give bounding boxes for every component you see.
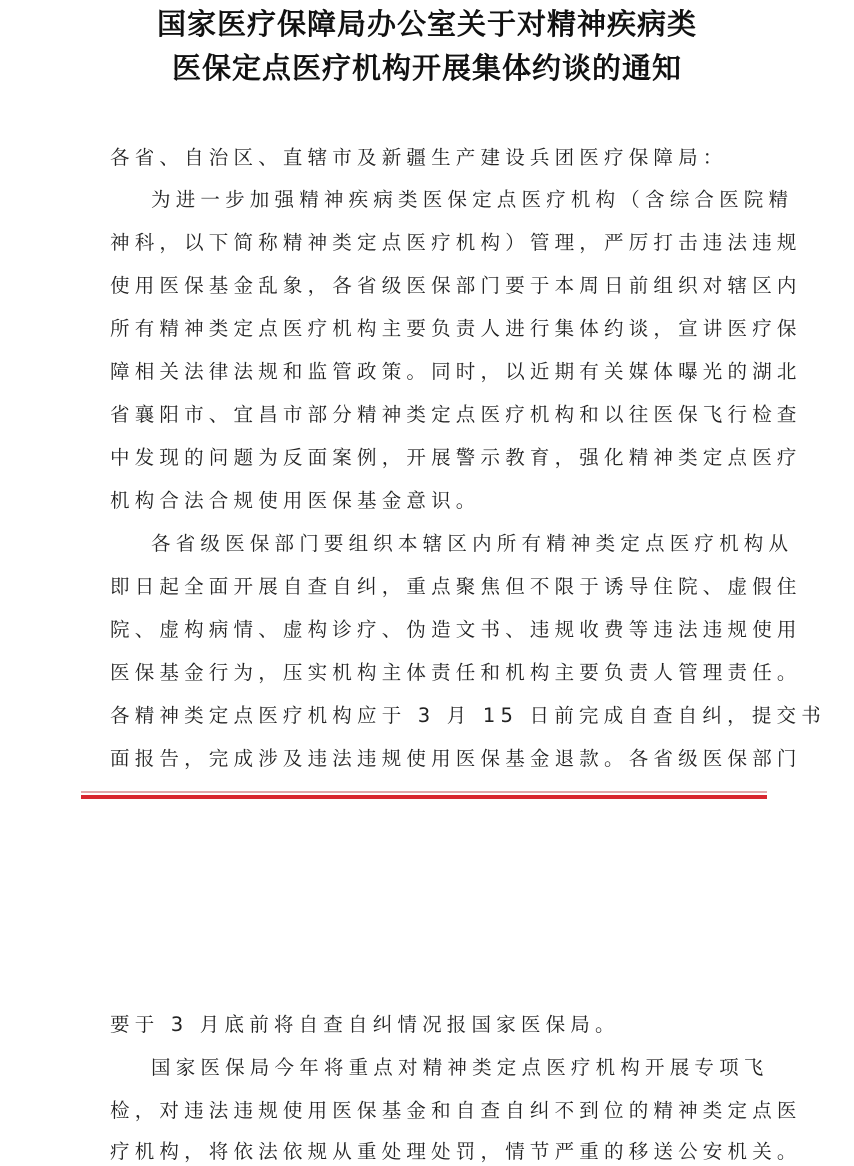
red-divider-thin	[81, 791, 767, 793]
paragraph-2-line: 面报告，完成涉及违法违规使用医保基金退款。各省级医保部门	[110, 746, 770, 772]
paragraph-1-line: 省襄阳市、宜昌市部分精神类定点医疗机构和以往医保飞行检查	[110, 402, 770, 428]
paragraph-1-line: 为进一步加强精神疾病类医保定点医疗机构（含综合医院精	[151, 187, 811, 213]
salutation: 各省、自治区、直辖市及新疆生产建设兵团医疗保障局：	[110, 145, 770, 171]
paragraph-3-line: 疗机构，将依法依规从重处理处罚，情节严重的移送公安机关。	[110, 1139, 770, 1165]
paragraph-1-line: 使用医保基金乱象，各省级医保部门要于本周日前组织对辖区内	[110, 273, 770, 299]
paragraph-2-line: 各精神类定点医疗机构应于 3 月 15 日前完成自查自纠，提交书	[110, 703, 770, 729]
paragraph-2-line: 各省级医保部门要组织本辖区内所有精神类定点医疗机构从	[151, 531, 811, 557]
red-divider-thick	[81, 795, 767, 799]
paragraph-1-line: 神科，以下简称精神类定点医疗机构）管理，严厉打击违法违规	[110, 230, 770, 256]
paragraph-1-line: 机构合法合规使用医保基金意识。	[110, 488, 770, 514]
document-title-line-2: 医保定点医疗机构开展集体约谈的通知	[0, 46, 854, 87]
paragraph-1-line: 所有精神类定点医疗机构主要负责人进行集体约谈，宣讲医疗保	[110, 316, 770, 342]
paragraph-1-line: 中发现的问题为反面案例，开展警示教育，强化精神类定点医疗	[110, 445, 770, 471]
paragraph-2-line: 医保基金行为，压实机构主体责任和机构主要负责人管理责任。	[110, 660, 770, 686]
paragraph-2-line: 即日起全面开展自查自纠，重点聚焦但不限于诱导住院、虚假住	[110, 574, 770, 600]
paragraph-3-line: 检，对违法违规使用医保基金和自查自纠不到位的精神类定点医	[110, 1098, 770, 1124]
paragraph-1-line: 障相关法律法规和监管政策。同时，以近期有关媒体曝光的湖北	[110, 359, 770, 385]
paragraph-2-line: 要于 3 月底前将自查自纠情况报国家医保局。	[110, 1012, 770, 1038]
paragraph-3-line: 国家医保局今年将重点对精神类定点医疗机构开展专项飞	[151, 1055, 811, 1081]
paragraph-2-line: 院、虚构病情、虚构诊疗、伪造文书、违规收费等违法违规使用	[110, 617, 770, 643]
document-title-line-1: 国家医疗保障局办公室关于对精神疾病类	[0, 2, 854, 43]
